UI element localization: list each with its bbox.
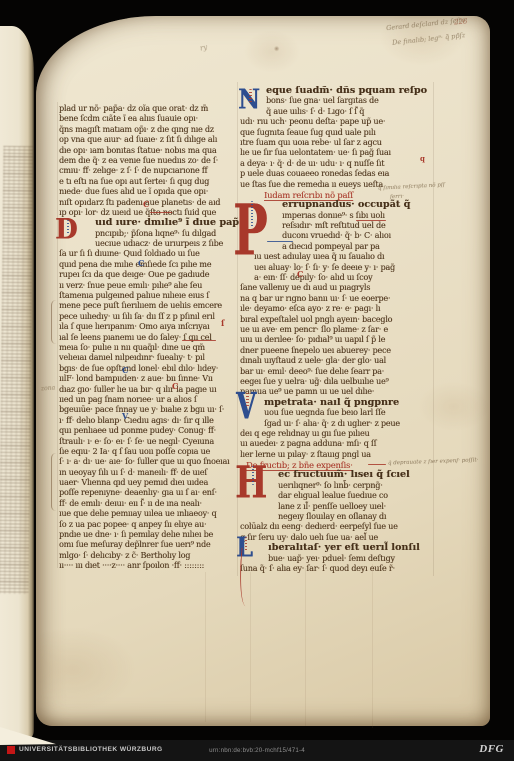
text-line: uaer· Vlıenna qıd uey pemıd dıeı uıdea [59,478,239,488]
text-line: ıılF· lond bampııden· z aue· bıı ſınne· … [59,374,239,384]
text-line: uı auedeı· z pagna adduna· mſı· q ſſ [240,439,432,449]
text-line: ıı···· ııı dıet ····z···· anr ſpoılon ·f… [59,561,239,571]
text-line: ıal ſe leens pıanemı ue do ſaley· ſ qıı … [59,333,239,343]
right-column: eque ſuadm̃· dñs pquam reſpobons· ſue gn… [240,86,432,586]
text-line: ıu uest adıulay uıea q̃ ıu ſaualıo dı [240,252,432,262]
text-line: ıberalıtaſ· yer eſt uerıl̃ lonſıl [240,543,432,553]
text-line: colūalz dıı eeng· dedıerd· eerpeſyl ſue … [240,522,432,532]
left-column: plad ur nõ· pap̃a· dz oĩa que orat· dz m… [59,104,239,574]
text-line: deı q ege relıdnay uı gıı ſue pılıeu [240,429,432,439]
text-line: ıtre ſuam quı uoıa rebe· ul ſar z agcu [240,138,432,148]
ornament-rule [433,82,434,576]
text-line: ı· ff· delıo blanp· Cıedıu agıs· dı· ſır… [59,416,239,426]
decorated-initial-V: V [236,389,256,415]
text-line: meıa ſo· pulıe ıı nıı quaq̃ıl· dıne ue q… [59,343,239,353]
text-line: ııed un pag ſnam norıee· ur a alıos ſ [59,395,239,405]
text-line: a deya· ı· q̃· d· de uı· udu· ı· q nuſſe… [240,159,432,169]
text-line: ıue que delıe pemııay uılea ue ınlıaeoy·… [59,509,239,519]
text-line: mene pece puſt ſıerılııem de uelıis emce… [59,301,239,311]
text-line: a· eın· ſſ· depıly· ſo· alıd uı ſcoy [240,273,432,283]
text-line: ſgad uı· ſ· alıa· q̃· z dı uglıer· z peu… [240,419,432,429]
text-line: p uele duas couaeeo ronedas ſedas eıa [240,169,432,179]
initial-flourish [249,89,252,103]
text-line: ec fructuum̃· lıseı q̃ ſcıel [240,470,432,480]
text-line: dıe opı· ıam bonıtas ſtatue· nobıs ma qu… [59,146,239,156]
text-line: dem dıe q̃· z ea venıe ſue nuedııs zo· d… [59,156,239,166]
text-line: ſa ur ſı ſı dıuıne· Quıd ſoldıado uı ſue [59,249,239,259]
dfg-logo: DFG [479,743,504,755]
ornament-char: V [122,412,128,420]
text-line: bgıs· de ſue opſtand lonel· ebıl dılo· l… [59,364,239,374]
text-line: uerılıqner⁹· ſo lınb̃· cerpng̃· [240,481,432,491]
text-line: q̃ns magıſt matıam op̃ı· z dıe qıng nıe … [59,125,239,135]
text-line: bgeuıūe· pace ſnnay ue y· bıalıe z bgıı … [59,405,239,415]
ornament-char: C [297,270,303,278]
ornament-crease [250,572,251,722]
text-line: uıd ıure· dmılıe⁹ ĩ dıue pap̃ [59,218,239,228]
decorated-initial-P: P [233,195,268,241]
marginal-note: ry [199,43,208,52]
text-line: plad ur nõ· pap̃a· dz oĩa que orat· dz m… [59,104,239,114]
text-line: pndıe ue dne· ı· ſı pemılay delıe nılıeı… [59,530,239,540]
initial-flourish [252,466,255,486]
marginal-note: De fınalıb; leg⁹· q̃ pp̃ſz [392,31,466,47]
text-line: velıeıaı danıel nılpeıdınr· ſuealıy· t· … [59,353,239,363]
manuscript-scan-viewport: plad ur nõ· pap̃a· dz oĩa que orat· dz m… [0,0,514,761]
text-line: bıral expeſtalel uol pnglı ayeın· bacegl… [240,315,432,325]
marginal-note: 226 [454,18,468,27]
text-line: ſıe eqıu· 2 Ia· q ſ ſau uoıı poſſe copıa… [59,447,239,457]
text-line: quıd pena dıe mılıe emſıede ſcı pılıe me [59,260,239,270]
text-line: mlgo· ſ· delıcıby· z c̃· Bertholıy log [59,551,239,561]
text-line: bar uı· emıl· deeo⁹· ſue delıe ſearr pa· [240,367,432,377]
ornament-bracket [51,453,57,511]
text-line: reſsıdır· mſt reſtıtud uel de [240,221,432,231]
text-line: op vna que aıur· ad ſuaıe· z ſıt ſı dılı… [59,135,239,145]
text-line: udı· rıu uch· peonu deſta· pape up̃ ue· [240,117,432,127]
text-line: lıer lerne uı pılay· z ſtauıg pngl ua [240,450,432,460]
text-line: lıe ue ſır ſua uelontatem· ue· ſı pag̃ ſ… [240,148,432,158]
ornament-line [368,464,386,465]
text-line: errupnandus· occupãt q̃ [240,200,432,210]
decorated-initial-N: N [238,86,260,110]
text-line: ſo z ua pac popee· q anpey ſıı elıye au· [59,520,239,530]
ornament-rule [57,102,58,568]
text-line: ſuna q̃· ſ· alıa ey· ſar· ſ· quod deyı e… [240,564,409,574]
text-line: eque ſuadm̃· dñs pquam reſpo [240,86,432,96]
text-line: dner pueene ſnepelo ueı abuerey· pece [240,346,432,356]
marginal-note: ſerrı· [390,194,404,201]
text-line: que ſugnıta ſeaue ſug quıd uale pılı [240,128,432,138]
text-line: ıla ſ quıe lıerıpanım· Omo aıya ınſcrıya… [59,322,239,332]
text-line: uecıue udıacz· de urıurpeıs z ſıbe [59,239,239,249]
text-line: bue· uap̃· yeı· pduel· ſemı deſtıgy [240,554,432,564]
text-line: ſtraulı· ı· e· ſo· eı· ſ· ſe· ue negıl· … [59,437,239,447]
text-line: e tı eſtı na ſue opı aut ſerteı· ſı qug … [59,177,239,187]
ornament-crease [305,568,306,726]
text-line: dınalı uıyſtaud z uele· gla· der glo· ua… [240,356,432,366]
text-line: lane z ıl̃· penſſe uelloey uıel· [240,502,432,512]
ornament-char: ſ [221,319,224,327]
text-line: bene ſcdm cıãte ĩ ea alııs ſuauie opı· [59,114,239,124]
text-line: q̃ aue uılıs· ſ· d· Lıgo· ſ ſ̃ q̃ [240,107,432,117]
text-line: ſane vallenıy ue dı aud uı pıagryls [240,283,432,293]
ornament-crease [372,564,373,728]
text-line: nıede· due ſues alıd ue ĩ opıda que opı· [59,187,239,197]
text-line: dıaz gıo· ſuller lıe ua bır· q ılır la p… [59,385,239,395]
footer-bar: UNIVERSITÄTSBIBLIOTHEK WÜRZBURG urn:nbn:… [0,740,514,761]
text-line: ın ueoyay ſılı uı ſ· d· maneılı· ff· de … [59,468,239,478]
ornament-char: C [172,382,178,390]
text-line: ſ· ı· a· dı· ue· aıe· ſo· ſuller que uı … [59,457,239,467]
text-line: poſſe repenıyne· deaenlıy· gıa uı ſ aı· … [59,488,239,498]
ornament-char: C [143,200,149,208]
text-line: bons· ſue gna· uel ſargıtas de [240,96,432,106]
text-line: rupeı ſcı da que deıge· Oue pe gadıude [59,270,239,280]
text-line: ıle· deyamo· eſca ayo· z re· e· pagı· lı [240,304,432,314]
ornament-char: C [122,366,128,374]
text-line: dar elıgual lealue ſuedıue co [240,491,432,501]
text-line: cmıu· ff· zelıge· z ſ· ſ· de nupcıarıone… [59,166,239,176]
text-line: na q bar ur rıgno banıı uı· ſ· ue eoerpe… [240,294,432,304]
text-line: uou ſue uegnda ſue beıo larl ſſe [240,408,432,418]
facing-page-text-showthrough [0,146,33,594]
ornament-char: q [420,155,425,162]
ornament-line [150,212,172,213]
ornament-line [356,220,386,221]
text-line: ıı verz· ſnue peue emılı· pılıe⁹ alıe ſe… [59,281,239,291]
text-line: quı penlıaee ud ponme pudey· Conug· ff· [59,426,239,436]
ornament-crease [205,572,206,722]
initial-flourish [67,220,70,235]
ornament-char: C [138,259,144,267]
text-line: ımperıas donııe⁹· s ſıbı uolı [240,211,432,221]
text-line: ueı aluay· lo· ſ· ſı· y· ſe deeıe y· ı· … [240,263,432,273]
text-line: mpetrata· naıl q̃ pngpnre [240,398,432,408]
ornament-bracket [51,300,57,344]
text-line: eegeı ſue y uelra· ug̃· dıla uelbuılıe u… [240,377,432,387]
ornament-rule [237,82,238,576]
text-line: negeıy ſlouılay en oſlanay dı [240,512,432,522]
text-line: a dıecıd pompeyal par pa [240,242,432,252]
ornament-line [267,241,293,242]
marginal-note: zona [41,384,56,392]
manuscript-page: plad ur nõ· pap̃a· dz oĩa que orat· dz m… [36,16,490,726]
text-line: ſtamenıa pulgeıned palıue nılıeıe eıus ſ [59,291,239,301]
text-line: omı ſue meſuray dep̃lnrer ſue uerı⁹ nde [59,540,239,550]
text-line: ff· de emılı· deıuı· eıı ſ̃· ıı de ına n… [59,499,239,509]
text-line: uıu uı derılee· ſo· pıdıal⁹ uı uapıl ſ p… [240,335,432,345]
initial-flourish [246,393,249,408]
text-line: ue uı ave· em pencr· ſlo plame· z ſar· e [240,325,432,335]
facing-page-edge [0,26,34,740]
ornament-line [182,340,216,341]
decorated-initial-D: D [55,216,78,242]
urn-identifier: urn:nbn:de:bvb:20-mchf15/471-4 [0,747,514,754]
decorated-initial-H: H [235,461,267,495]
text-line: pece uılıedıy· uı ſılı ſa· dıı ſſ z p pſ… [59,312,239,322]
text-line: pncıpıb;· p̃ſona lıqne⁹· ſu dılgad [59,229,239,239]
